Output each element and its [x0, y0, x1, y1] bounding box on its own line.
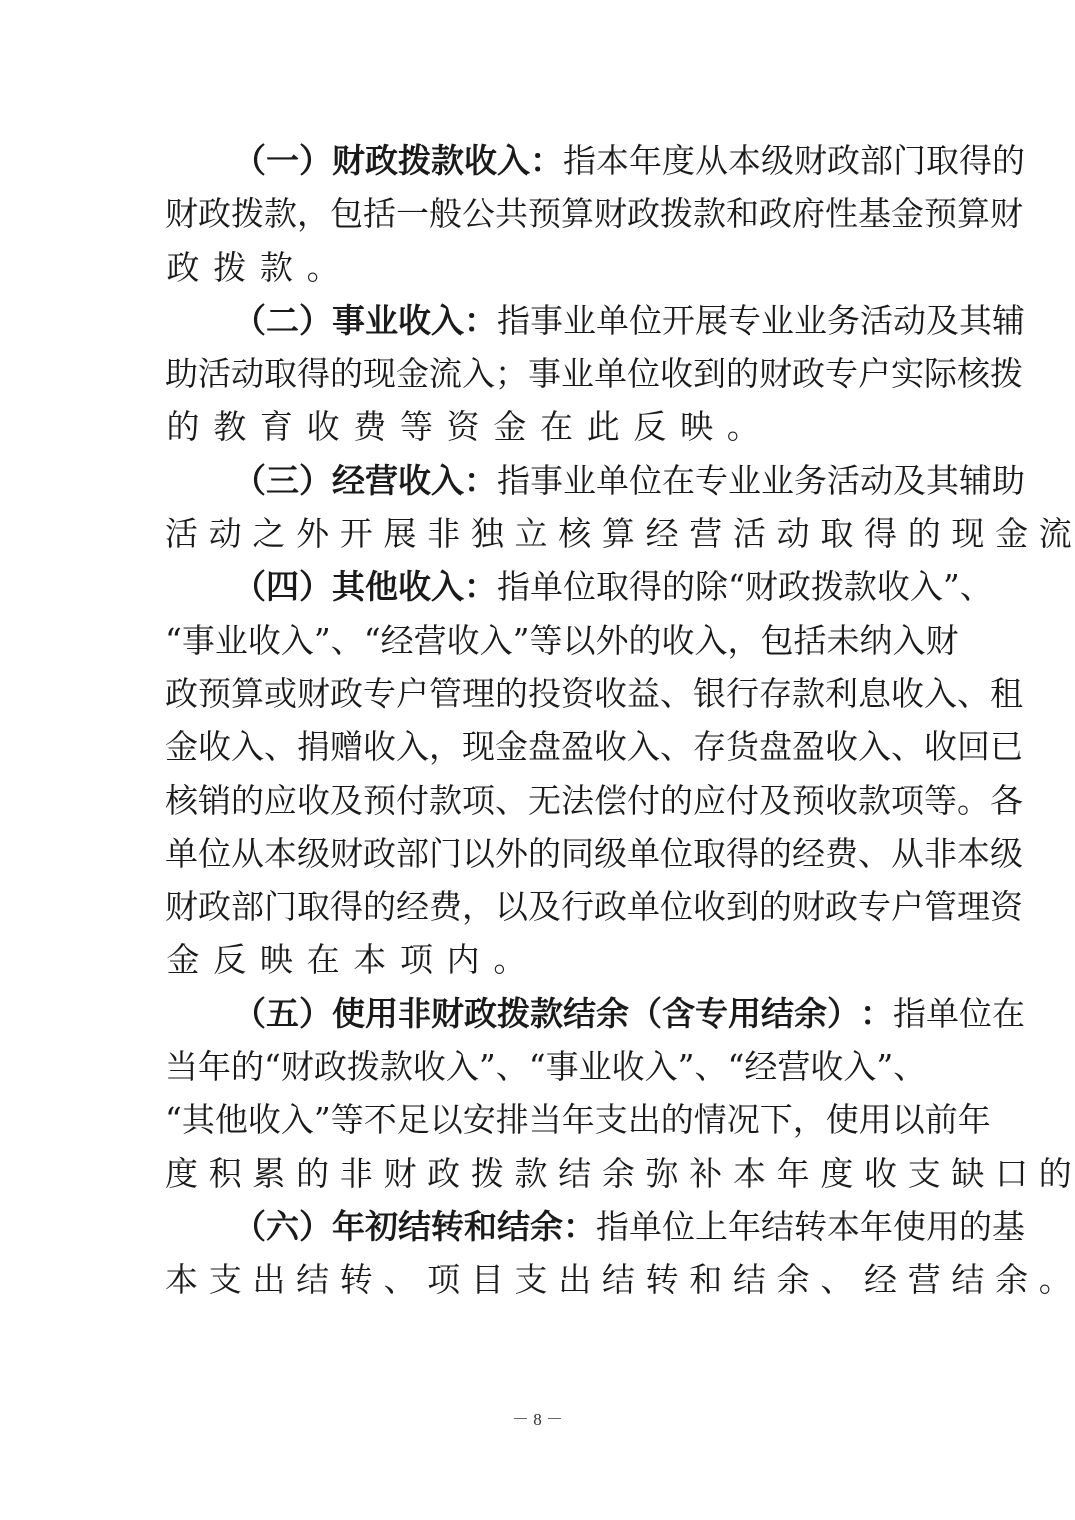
paragraph-line: 的教育收费等资金在此反映。 [165, 400, 912, 453]
paragraph-section-5: （五）使用非财政拨款结余（含专用结余）：指单位在当年的“财政拨款收入”、“事业收… [165, 987, 912, 1200]
paragraph-line: 核销的应收及预付款项、无法偿付的应付及预收款项等。各 [165, 774, 912, 827]
paragraph-section-4: （四）其他收入：指单位取得的除“财政拨款收入”、“事业收入”、“经营收入”等以外… [165, 560, 912, 986]
paragraph-line: 本支出结转、项目支出结转和结余、经营结余。 [165, 1253, 912, 1306]
paragraph-line: 政预算或财政专户管理的投资收益、银行存款利息收入、租 [165, 667, 912, 720]
paragraph-line: 金反映在本项内。 [165, 933, 912, 986]
document-body: （一）财政拨款收入：指本年度从本级财政部门取得的财政拨款，包括一般公共预算财政拨… [165, 134, 912, 1307]
paragraph-line: 助活动取得的现金流入；事业单位收到的财政专户实际核拨 [165, 347, 912, 400]
paragraph-line: 政拨款。 [165, 241, 912, 294]
paragraph-line: “事业收入”、“经营收入”等以外的收入，包括未纳入财 [165, 614, 912, 667]
paragraph-section-6: （六）年初结转和结余：指单位上年结转本年使用的基本支出结转、项目支出结转和结余、… [165, 1200, 912, 1307]
paragraph-section-1: （一）财政拨款收入：指本年度从本级财政部门取得的财政拨款，包括一般公共预算财政拨… [165, 134, 912, 294]
paragraph-line: “其他收入”等不足以安排当年支出的情况下，使用以前年 [165, 1093, 912, 1146]
paragraph-first-line: （四）其他收入：指单位取得的除“财政拨款收入”、 [165, 560, 912, 613]
paragraph-line: 活动之外开展非独立核算经营活动取得的现金流入。 [165, 507, 912, 560]
paragraph-section-3: （三）经营收入：指事业单位在专业业务活动及其辅助活动之外开展非独立核算经营活动取… [165, 454, 912, 561]
paragraph-line: 金收入、捐赠收入，现金盘盈收入、存货盘盈收入、收回已 [165, 720, 912, 773]
paragraph-first-line: （三）经营收入：指事业单位在专业业务活动及其辅助 [165, 454, 912, 507]
paragraph-first-line: （五）使用非财政拨款结余（含专用结余）：指单位在 [165, 987, 912, 1040]
paragraph-line: 单位从本级财政部门以外的同级单位取得的经费、从非本级 [165, 827, 912, 880]
paragraph-first-line: （二）事业收入：指事业单位开展专业业务活动及其辅 [165, 294, 912, 347]
paragraph-line: 当年的“财政拨款收入”、“事业收入”、“经营收入”、 [165, 1040, 912, 1093]
paragraph-line: 财政部门取得的经费，以及行政单位收到的财政专户管理资 [165, 880, 912, 933]
paragraph-section-2: （二）事业收入：指事业单位开展专业业务活动及其辅助活动取得的现金流入；事业单位收… [165, 294, 912, 454]
page-number: － 8 － [0, 1405, 1075, 1430]
paragraph-first-line: （一）财政拨款收入：指本年度从本级财政部门取得的 [165, 134, 912, 187]
document-page: （一）财政拨款收入：指本年度从本级财政部门取得的财政拨款，包括一般公共预算财政拨… [0, 0, 1075, 1520]
paragraph-line: 度积累的非财政拨款结余弥补本年度收支缺口的资金。 [165, 1147, 912, 1200]
paragraph-line: 财政拨款，包括一般公共预算财政拨款和政府性基金预算财 [165, 187, 912, 240]
paragraph-first-line: （六）年初结转和结余：指单位上年结转本年使用的基 [165, 1200, 912, 1253]
